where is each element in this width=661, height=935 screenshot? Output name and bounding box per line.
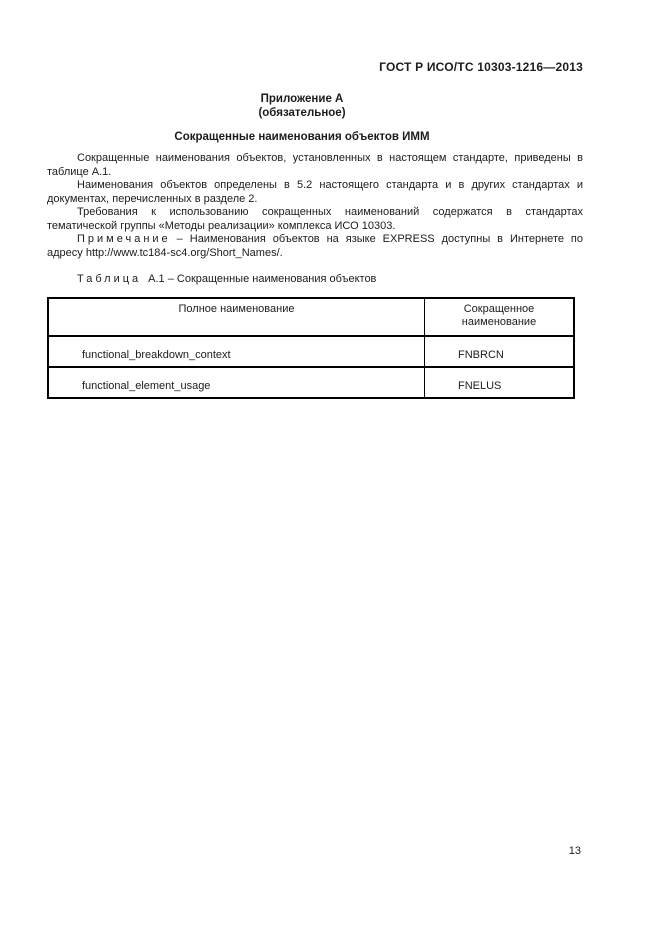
short-names-table: Полное наименование Сокращенное наименов…	[47, 297, 575, 399]
table-row: functional_breakdown_context FNBRCN	[48, 336, 574, 367]
paragraph-1: Сокращенные наименования объектов, устан…	[47, 152, 583, 179]
document-page: ГОСТ Р ИСО/ТС 10303-1216—2013 Приложение…	[0, 0, 661, 935]
appendix-subtitle: (обязательное)	[47, 106, 557, 120]
cell-full-name: functional_element_usage	[48, 367, 425, 398]
appendix-heading-block: Приложение А (обязательное) Сокращенные …	[47, 92, 557, 144]
note-label: Примечание	[77, 233, 171, 245]
cell-full-name: functional_breakdown_context	[48, 336, 425, 367]
table-caption: ТаблицаА.1 – Сокращенные наименования об…	[47, 273, 583, 287]
appendix-title: Приложение А	[47, 92, 557, 106]
cell-short-name: FNBRCN	[425, 336, 575, 367]
body-text-block: Сокращенные наименования объектов, устан…	[47, 152, 583, 399]
column-header-full-name: Полное наименование	[48, 298, 425, 336]
table-header-row: Полное наименование Сокращенное наименов…	[48, 298, 574, 336]
table-caption-label: Таблица	[77, 273, 141, 285]
page-number: 13	[569, 845, 581, 858]
table-row: functional_element_usage FNELUS	[48, 367, 574, 398]
section-heading: Сокращенные наименования объектов ИММ	[47, 130, 557, 144]
document-code-header: ГОСТ Р ИСО/ТС 10303-1216—2013	[0, 60, 583, 74]
cell-short-name: FNELUS	[425, 367, 575, 398]
paragraph-2: Наименования объектов определены в 5.2 н…	[47, 179, 583, 206]
column-header-short-name: Сокращенное наименование	[425, 298, 575, 336]
paragraph-3: Требования к использованию сокращенных н…	[47, 206, 583, 233]
note-paragraph: Примечание– Наименования объектов на язы…	[47, 233, 583, 260]
table-caption-text: А.1 – Сокращенные наименования объектов	[148, 273, 376, 285]
column-header-short-name-text: Сокращенное наименование	[444, 303, 554, 329]
